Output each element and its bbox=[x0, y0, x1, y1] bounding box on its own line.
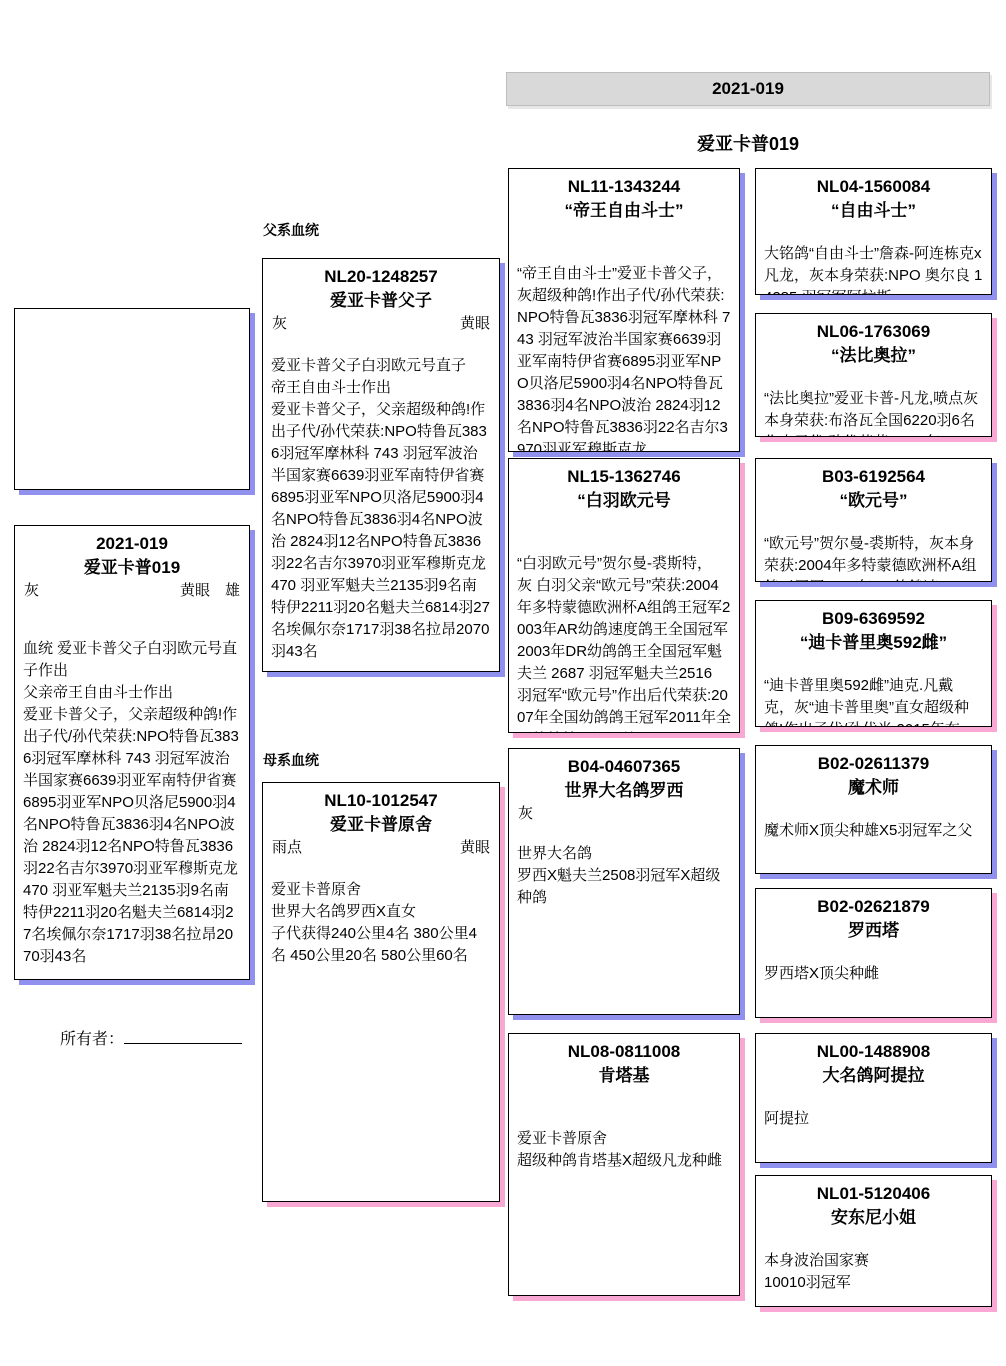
ring-number: B04-04607365 bbox=[517, 755, 731, 779]
header-badge: 2021-019 bbox=[506, 72, 990, 106]
page-title: 爱亚卡普019 bbox=[506, 130, 990, 156]
ring-number: NL20-1248257 bbox=[271, 265, 491, 289]
achievements-text: 本身波治国家赛 10010羽冠军 bbox=[764, 1250, 983, 1294]
pigeon-name: “欧元号” bbox=[764, 489, 983, 513]
paternal-line-label: 父系血统 bbox=[263, 220, 319, 240]
pigeon-name: 爱亚卡普原舍 bbox=[271, 813, 491, 837]
achievements-text: “欧元号”贺尔曼-裘斯特，灰本身荣获:2004年多特蒙德欧洲杯A组鸽王冠军200… bbox=[764, 533, 983, 582]
card-mf-mother: B02-02621879 罗西塔 罗西塔X顶尖种雌 bbox=[755, 888, 992, 1018]
color-eye-row: 雨点 黄眼 bbox=[271, 837, 491, 859]
achievements-text: 魔术师X顶尖种雄X5羽冠军之父 bbox=[764, 820, 983, 842]
ring-number: NL04-1560084 bbox=[764, 175, 983, 199]
ring-number: NL15-1362746 bbox=[517, 465, 731, 489]
achievements-text: 阿提拉 bbox=[764, 1108, 983, 1130]
pigeon-name: 大名鸽阿提拉 bbox=[764, 1064, 983, 1088]
pigeon-name: 爱亚卡普019 bbox=[23, 556, 241, 580]
eye-color: 黄眼 bbox=[460, 313, 490, 335]
pigeon-name: 罗西塔 bbox=[764, 919, 983, 943]
eye-sex: 黄眼 雄 bbox=[180, 580, 240, 602]
ring-number: NL00-1488908 bbox=[764, 1040, 983, 1064]
card-fm-father: B03-6192564 “欧元号” “欧元号”贺尔曼-裘斯特，灰本身荣获:200… bbox=[755, 458, 992, 582]
achievements-text: “迪卡普里奥592雌”迪克.凡戴克，灰“迪卡普里奥”直女超级种鸽!作出子代/孙代… bbox=[764, 675, 983, 727]
pigeon-name: 爱亚卡普父子 bbox=[271, 289, 491, 313]
card-ff-father: NL04-1560084 “自由斗士” 大铭鸽“自由斗士”詹森-阿连栋克x凡龙，… bbox=[755, 168, 992, 295]
color-eye-row: 灰 黄眼 bbox=[271, 313, 491, 335]
card-mm-mother: NL01-5120406 安东尼小姐 本身波治国家赛 10010羽冠军 bbox=[755, 1175, 992, 1307]
achievements-text: 世界大名鸽 罗西X魁夫兰2508羽冠军X超级种鸽 bbox=[517, 843, 731, 909]
feather-color: 灰 bbox=[24, 580, 39, 602]
pigeon-name: 肯塔基 bbox=[517, 1064, 731, 1088]
card-father: NL20-1248257 爱亚卡普父子 灰 黄眼 爱亚卡普父子白羽欧元号直子 帝… bbox=[262, 258, 500, 672]
ring-number: NL11-1343244 bbox=[517, 175, 731, 199]
eye-color: 黄眼 bbox=[460, 837, 490, 859]
achievements-text: 大铭鸽“自由斗士”詹森-阿连栋克x凡龙，灰本身荣获:NPO 奥尔良 14285 … bbox=[764, 243, 983, 295]
color-eye-row: 灰 黄眼 雄 bbox=[23, 580, 241, 602]
card-paternal-grandfather: NL11-1343244 “帝王自由斗士” “帝王自由斗士”爱亚卡普父子， 灰超… bbox=[508, 168, 740, 452]
badge-text: 2021-019 bbox=[712, 79, 784, 99]
achievements-text: 罗西塔X顶尖种雌 bbox=[764, 963, 983, 985]
feather-color: 灰 bbox=[518, 803, 533, 825]
ring-number: B03-6192564 bbox=[764, 465, 983, 489]
color-eye-row: 灰 bbox=[517, 803, 731, 825]
owner-blank-line bbox=[124, 1028, 242, 1044]
card-ff-mother: NL06-1763069 “法比奥拉” “法比奥拉”爱亚卡普-凡龙,喷点灰本身荣… bbox=[755, 313, 992, 437]
card-mf-father: B02-02611379 魔术师 魔术师X顶尖种雄X5羽冠军之父 bbox=[755, 745, 992, 874]
pigeon-name: “白羽欧元号 bbox=[517, 489, 731, 513]
owner-row: 所有者： bbox=[60, 1026, 242, 1049]
achievements-text: 血统 爱亚卡普父子白羽欧元号直子作出 父亲帝王自由斗士作出 爱亚卡普父子，父亲超… bbox=[23, 638, 241, 968]
card-mm-father: NL00-1488908 大名鸽阿提拉 阿提拉 bbox=[755, 1033, 992, 1163]
pigeon-name: 魔术师 bbox=[764, 776, 983, 800]
card-maternal-grandmother: NL08-0811008 肯塔基 爱亚卡普原舍 超级种鸽肯塔基X超级凡龙种雌 bbox=[508, 1033, 740, 1296]
card-maternal-grandfather: B04-04607365 世界大名鸽罗西 灰 世界大名鸽 罗西X魁夫兰2508羽… bbox=[508, 748, 740, 1015]
card-mother: NL10-1012547 爱亚卡普原舍 雨点 黄眼 爱亚卡普原舍 世界大名鸽罗西… bbox=[262, 782, 500, 1202]
achievements-text: 爱亚卡普原舍 超级种鸽肯塔基X超级凡龙种雌 bbox=[517, 1128, 731, 1172]
pedigree-certificate: 2021-019 爱亚卡普019 父系血统 母系血统 2021-019 爱亚卡普… bbox=[0, 0, 1006, 1366]
achievements-text: “帝王自由斗士”爱亚卡普父子， 灰超级种鸽!作出子代/孙代荣获:NPO特鲁瓦38… bbox=[517, 263, 731, 452]
pigeon-name: “法比奥拉” bbox=[764, 344, 983, 368]
card-paternal-grandmother: NL15-1362746 “白羽欧元号 “白羽欧元号”贺尔曼-裘斯特， 灰 白羽… bbox=[508, 458, 740, 733]
pigeon-name: “迪卡普里奥592雌” bbox=[764, 631, 983, 655]
card-fm-mother: B09-6369592 “迪卡普里奥592雌” “迪卡普里奥592雌”迪克.凡戴… bbox=[755, 600, 992, 727]
photo-placeholder-box bbox=[14, 308, 250, 490]
card-subject: 2021-019 爱亚卡普019 灰 黄眼 雄 血统 爱亚卡普父子白羽欧元号直子… bbox=[14, 525, 250, 980]
achievements-text: “法比奥拉”爱亚卡普-凡龙,喷点灰本身荣获:布洛瓦全国6220羽6名作出子代/孙… bbox=[764, 388, 983, 437]
ring-number: NL10-1012547 bbox=[271, 789, 491, 813]
ring-number: B02-02621879 bbox=[764, 895, 983, 919]
achievements-text: “白羽欧元号”贺尔曼-裘斯特， 灰 白羽父亲“欧元号”荣获:2004年多特蒙德欧… bbox=[517, 553, 731, 733]
feather-color: 灰 bbox=[272, 313, 287, 335]
maternal-line-label: 母系血统 bbox=[263, 750, 319, 770]
owner-label: 所有者： bbox=[60, 1031, 124, 1048]
ring-number: NL06-1763069 bbox=[764, 320, 983, 344]
feather-color: 雨点 bbox=[272, 837, 302, 859]
ring-number: NL08-0811008 bbox=[517, 1040, 731, 1064]
pigeon-name: 世界大名鸽罗西 bbox=[517, 779, 731, 803]
pigeon-name: “帝王自由斗士” bbox=[517, 199, 731, 223]
ring-number: 2021-019 bbox=[23, 532, 241, 556]
ring-number: NL01-5120406 bbox=[764, 1182, 983, 1206]
pigeon-name: “自由斗士” bbox=[764, 199, 983, 223]
ring-number: B09-6369592 bbox=[764, 607, 983, 631]
ring-number: B02-02611379 bbox=[764, 752, 983, 776]
achievements-text: 爱亚卡普原舍 世界大名鸽罗西X直女 子代获得240公里4名 380公里4名 45… bbox=[271, 879, 491, 967]
achievements-text: 爱亚卡普父子白羽欧元号直子 帝王自由斗士作出 爱亚卡普父子，父亲超级种鸽!作出子… bbox=[271, 355, 491, 663]
pigeon-name: 安东尼小姐 bbox=[764, 1206, 983, 1230]
